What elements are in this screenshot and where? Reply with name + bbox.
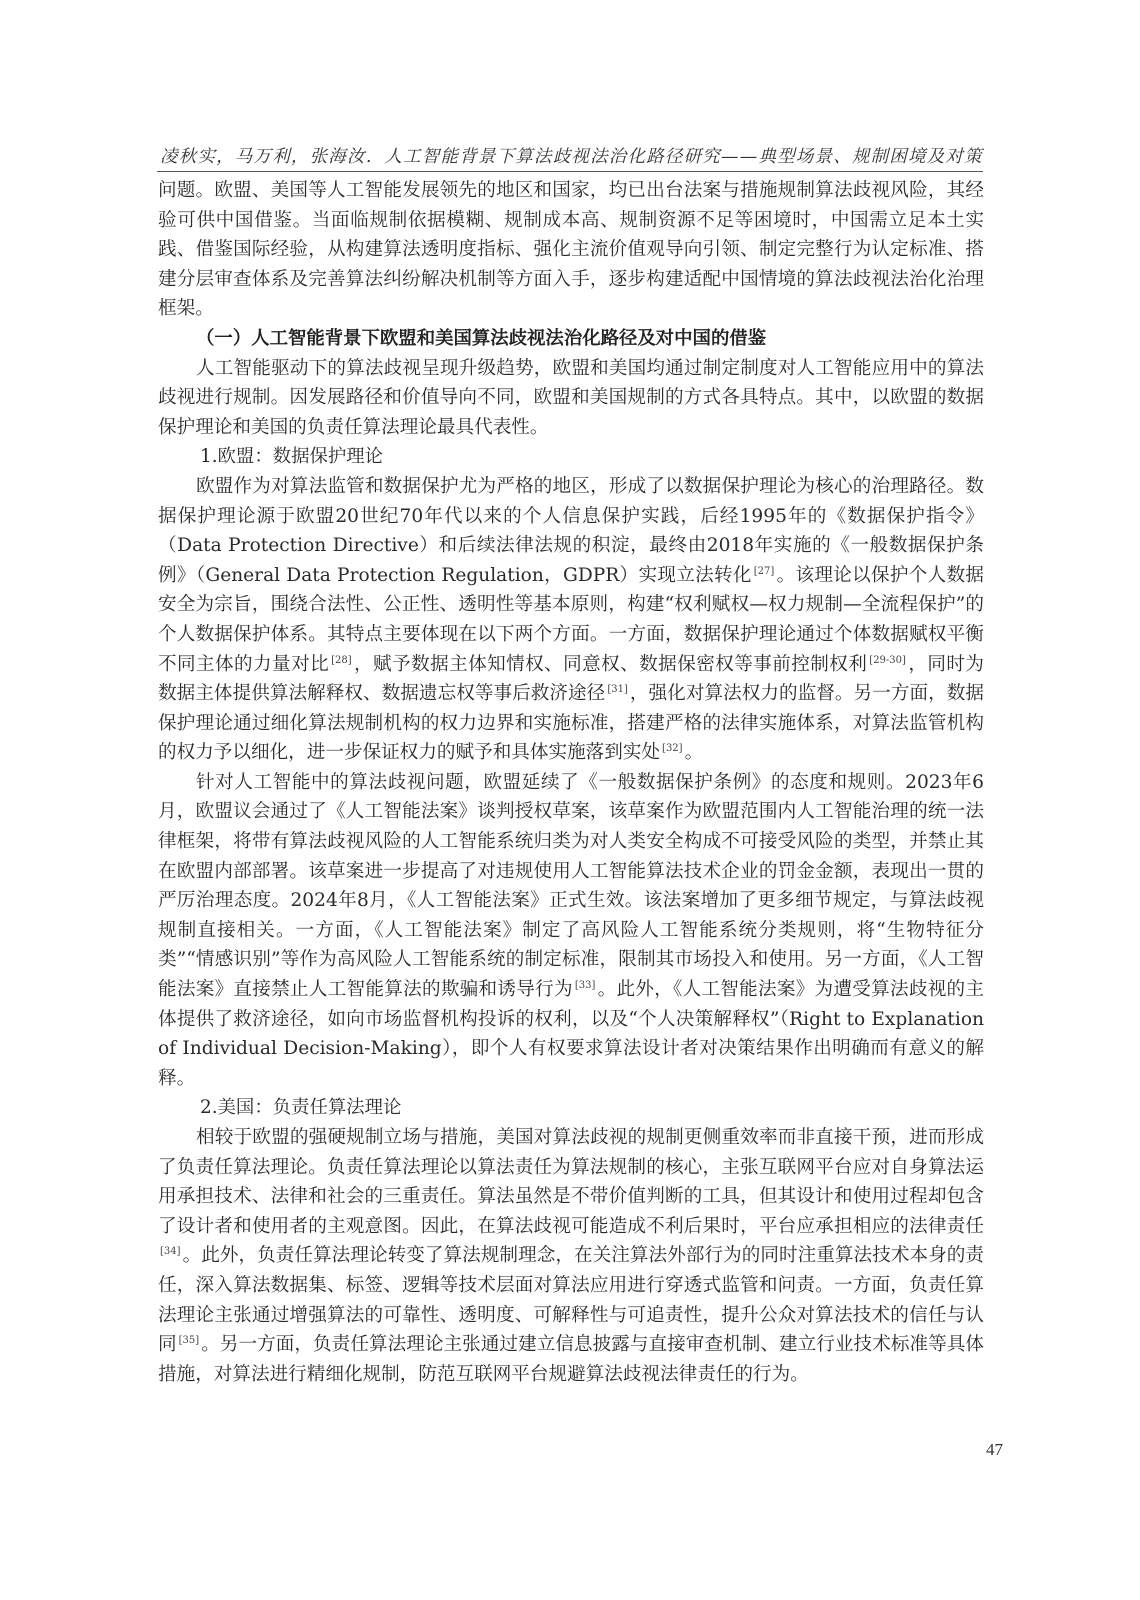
section-heading: （一）人工智能背景下欧盟和美国算法歧视法治化路径及对中国的借鉴 (158, 324, 984, 354)
subsection-heading-us: 2.美国：负责任算法理论 (158, 1093, 984, 1123)
citation: [32] (662, 743, 683, 754)
citation: [29-30] (869, 655, 906, 666)
paragraph-eu-data-protection: 欧盟作为对算法监管和数据保护尤为严格的地区，形成了以数据保护理论为核心的治理路径… (158, 472, 984, 768)
body-text: 问题。欧盟、美国等人工智能发展领先的地区和国家，均已出台法案与措施规制算法歧视风… (158, 176, 984, 1389)
citation: [28] (331, 655, 352, 666)
page-number: 47 (986, 1440, 1003, 1460)
citation: [35] (179, 1335, 200, 1346)
document-page: 凌秋实，马万利，张海汝．人工智能背景下算法歧视法治化路径研究——典型场景、规制困… (0, 0, 1140, 1600)
paragraph-eu-ai-act: 针对人工智能中的算法歧视问题，欧盟延续了《一般数据保护条例》的态度和规则。202… (158, 768, 984, 1094)
text-run: ，赋予数据主体知情权、同意权、数据保密权等事前控制权利 (354, 654, 868, 675)
text-run: 相较于欧盟的强硬规制立场与措施，美国对算法歧视的规制更侧重效率而非直接干预，进而… (158, 1127, 984, 1237)
intro-paragraph: 问题。欧盟、美国等人工智能发展领先的地区和国家，均已出台法案与措施规制算法歧视风… (158, 176, 984, 324)
header-rule (157, 171, 983, 172)
paragraph-us-responsible-algorithm: 相较于欧盟的强硬规制立场与措施，美国对算法歧视的规制更侧重效率而非直接干预，进而… (158, 1123, 984, 1389)
text-run: 。另一方面，负责任算法理论主张通过建立信息披露与直接审查机制、建立行业技术标准等… (158, 1334, 984, 1385)
citation: [27] (754, 566, 775, 577)
citation: [34] (160, 1246, 181, 1257)
running-head: 凌秋实，马万利，张海汝．人工智能背景下算法歧视法治化路径研究——典型场景、规制困… (160, 146, 982, 168)
text-run: 针对人工智能中的算法歧视问题，欧盟延续了《一般数据保护条例》的态度和规则。202… (158, 772, 984, 1000)
text-run: 。 (685, 742, 704, 763)
citation: [31] (607, 684, 628, 695)
subsection-heading-eu: 1.欧盟：数据保护理论 (158, 442, 984, 472)
citation: [33] (575, 980, 596, 991)
section-intro-paragraph: 人工智能驱动下的算法歧视呈现升级趋势，欧盟和美国均通过制定制度对人工智能应用中的… (158, 354, 984, 443)
